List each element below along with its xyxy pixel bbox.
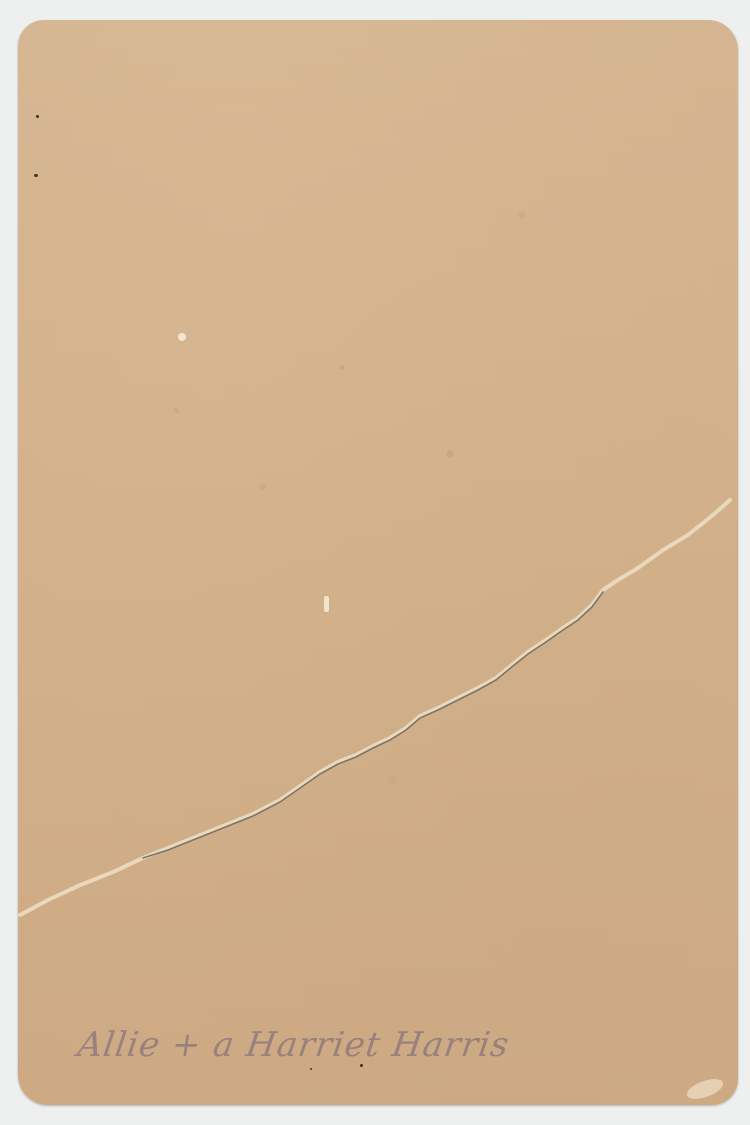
handwritten-inscription: Allie + a Harriet Harris (75, 1025, 512, 1065)
photo-card-back: Allie + a Harriet Harris (18, 20, 738, 1105)
crack-line (18, 20, 738, 1105)
